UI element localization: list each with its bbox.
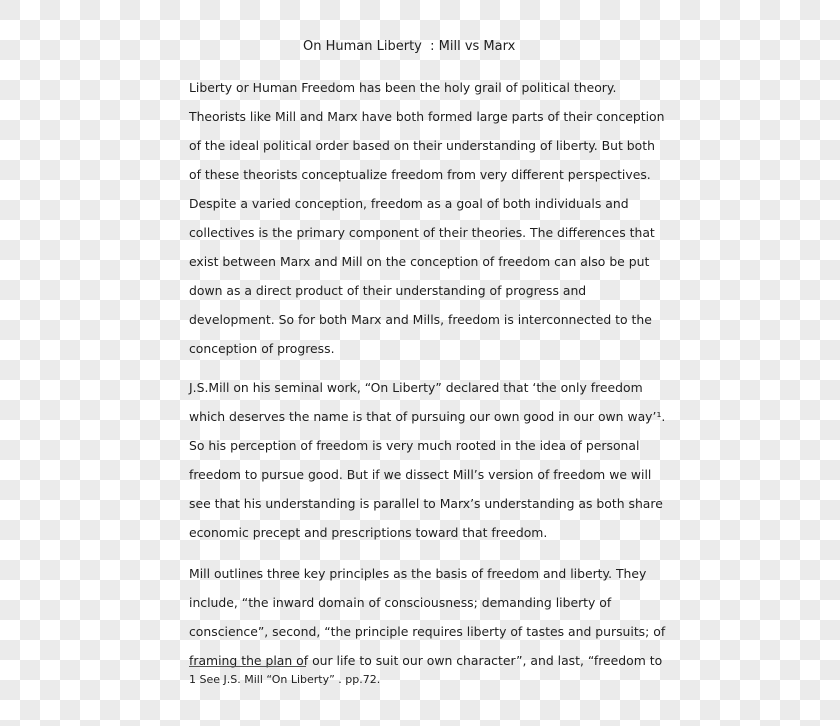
paragraph-2: J.S.Mill on his seminal work, “On Libert…: [189, 373, 665, 547]
footnote-separator: [189, 666, 306, 667]
text-line: Theorists like Mill and Marx have both f…: [189, 102, 664, 131]
text-line: down as a direct product of their unders…: [189, 276, 664, 305]
text-line: J.S.Mill on his seminal work, “On Libert…: [189, 373, 665, 402]
text-line: development. So for both Marx and Mills,…: [189, 305, 664, 334]
text-line: exist between Marx and Mill on the conce…: [189, 247, 664, 276]
text-line: of the ideal political order based on th…: [189, 131, 664, 160]
text-line: collectives is the primary component of …: [189, 218, 664, 247]
text-line: which deserves the name is that of pursu…: [189, 402, 665, 431]
text-line: conscience”, second, “the principle requ…: [189, 617, 665, 646]
footnote: 1 See J.S. Mill “On Liberty” . pp.72.: [189, 672, 380, 688]
text-line: of these theorists conceptualize freedom…: [189, 160, 664, 189]
text-line: include, “the inward domain of conscious…: [189, 588, 665, 617]
text-line: conception of progress.: [189, 334, 664, 363]
text-line: see that his understanding is parallel t…: [189, 489, 665, 518]
text-line: So his perception of freedom is very muc…: [189, 431, 665, 460]
text-line: freedom to pursue good. But if we dissec…: [189, 460, 665, 489]
text-line: framing the plan of our life to suit our…: [189, 646, 665, 675]
text-line: Liberty or Human Freedom has been the ho…: [189, 73, 664, 102]
text-line: Mill outlines three key principles as th…: [189, 559, 665, 588]
paragraph-3: Mill outlines three key principles as th…: [189, 559, 665, 675]
document-title: On Human Liberty : Mill vs Marx: [303, 38, 515, 56]
text-line: Despite a varied conception, freedom as …: [189, 189, 664, 218]
paragraph-1: Liberty or Human Freedom has been the ho…: [189, 73, 664, 363]
text-line: economic precept and prescriptions towar…: [189, 518, 665, 547]
